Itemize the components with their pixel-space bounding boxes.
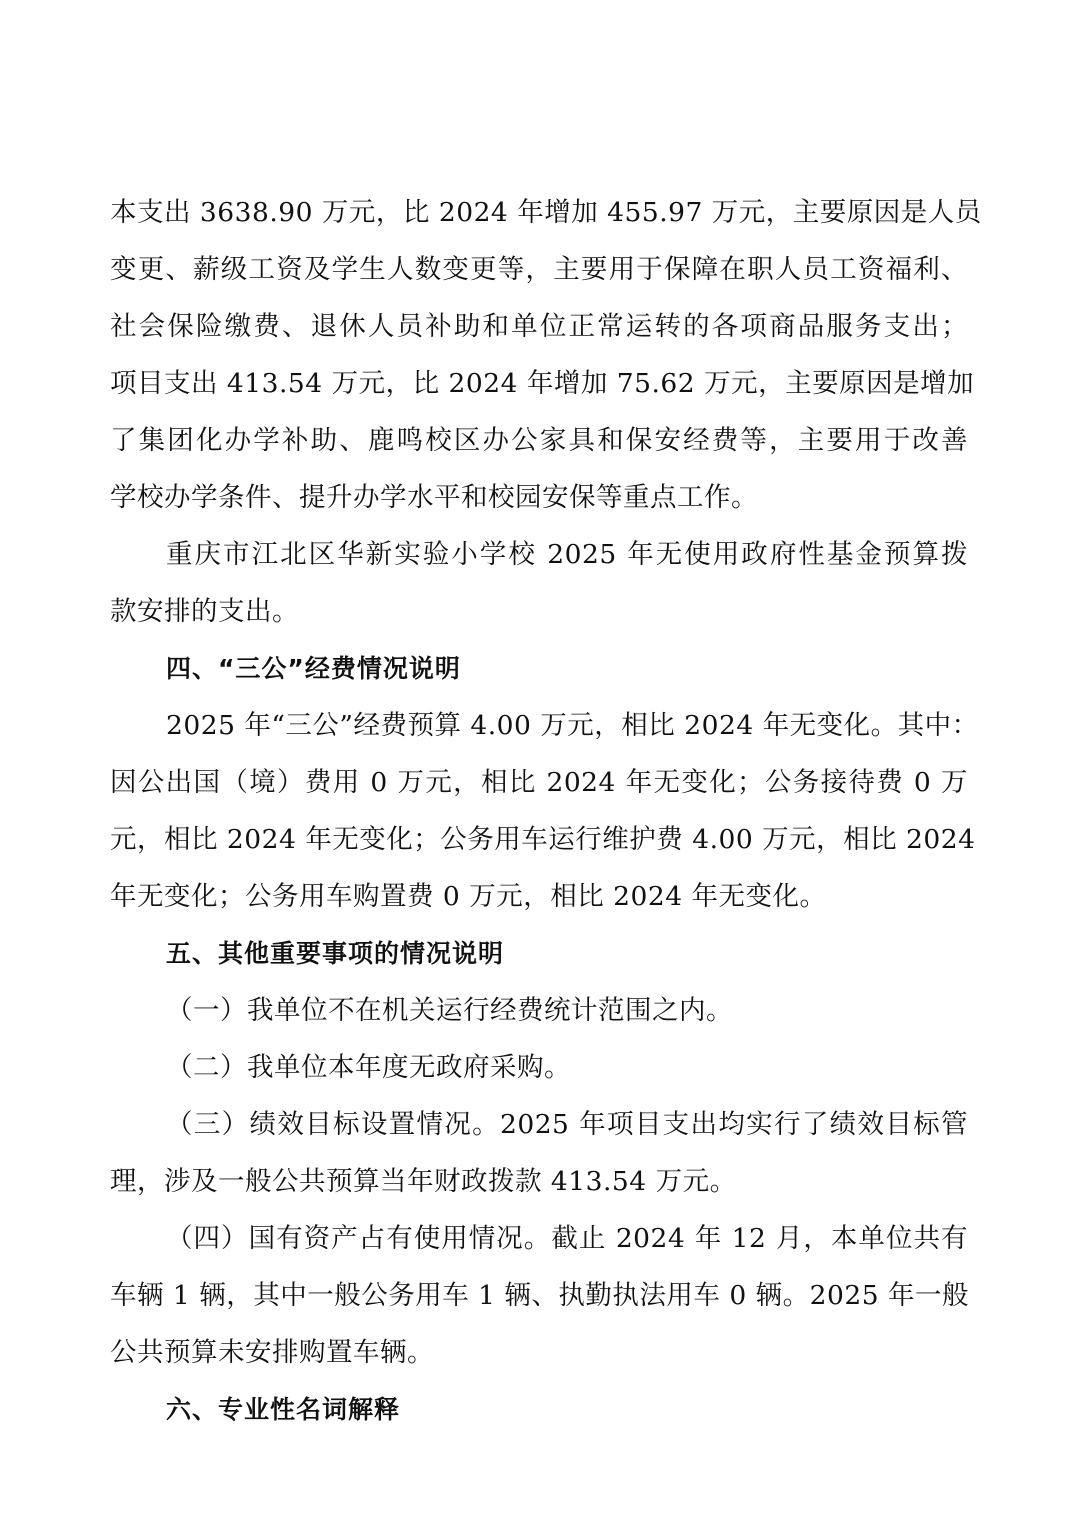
text-line: 学校办学条件、提升办学水平和校园安保等重点工作。: [110, 481, 968, 515]
section-heading-5: 五、其他重要事项的情况说明: [166, 937, 504, 971]
section-heading-4: 四、“三公”经费情况说明: [166, 652, 461, 686]
text-line: 社会保险缴费、退休人员补助和单位正常运转的各项商品服务支出；: [110, 310, 968, 344]
text-line: 理，涉及一般公共预算当年财政拨款 413.54 万元。: [110, 1165, 968, 1199]
text-line: 了集团化办学补助、鹿鸣校区办公家具和保安经费等，主要用于改善: [110, 424, 968, 458]
text-line: 公共预算未安排购置车辆。: [110, 1336, 968, 1370]
section-heading-6: 六、专业性名词解释: [166, 1393, 400, 1427]
text-line: 变更、薪级工资及学生人数变更等，主要用于保障在职人员工资福利、: [110, 253, 968, 287]
text-line: （一）我单位不在机关运行经费统计范围之内。: [166, 994, 968, 1028]
document-page: 本支出 3638.90 万元，比 2024 年增加 455.97 万元，主要原因…: [0, 0, 1074, 1520]
text-line: 年无变化；公务用车购置费 0 万元，相比 2024 年无变化。: [110, 880, 968, 914]
text-line: 因公出国（境）费用 0 万元，相比 2024 年无变化；公务接待费 0 万: [110, 766, 968, 800]
text-line: （二）我单位本年度无政府采购。: [166, 1051, 968, 1085]
text-line: 本支出 3638.90 万元，比 2024 年增加 455.97 万元，主要原因…: [110, 196, 968, 230]
text-line: 款安排的支出。: [110, 595, 968, 629]
text-line: （三）绩效目标设置情况。2025 年项目支出均实行了绩效目标管: [166, 1108, 968, 1142]
text-line: 2025 年“三公”经费预算 4.00 万元，相比 2024 年无变化。其中：: [166, 709, 968, 743]
text-line: 车辆 1 辆，其中一般公务用车 1 辆、执勤执法用车 0 辆。2025 年一般: [110, 1279, 968, 1313]
text-line: 元，相比 2024 年无变化；公务用车运行维护费 4.00 万元，相比 2024: [110, 823, 968, 857]
text-line: （四）国有资产占有使用情况。截止 2024 年 12 月，本单位共有: [166, 1222, 968, 1256]
text-line: 项目支出 413.54 万元，比 2024 年增加 75.62 万元，主要原因是…: [110, 367, 968, 401]
text-line: 重庆市江北区华新实验小学校 2025 年无使用政府性基金预算拨: [166, 538, 968, 572]
